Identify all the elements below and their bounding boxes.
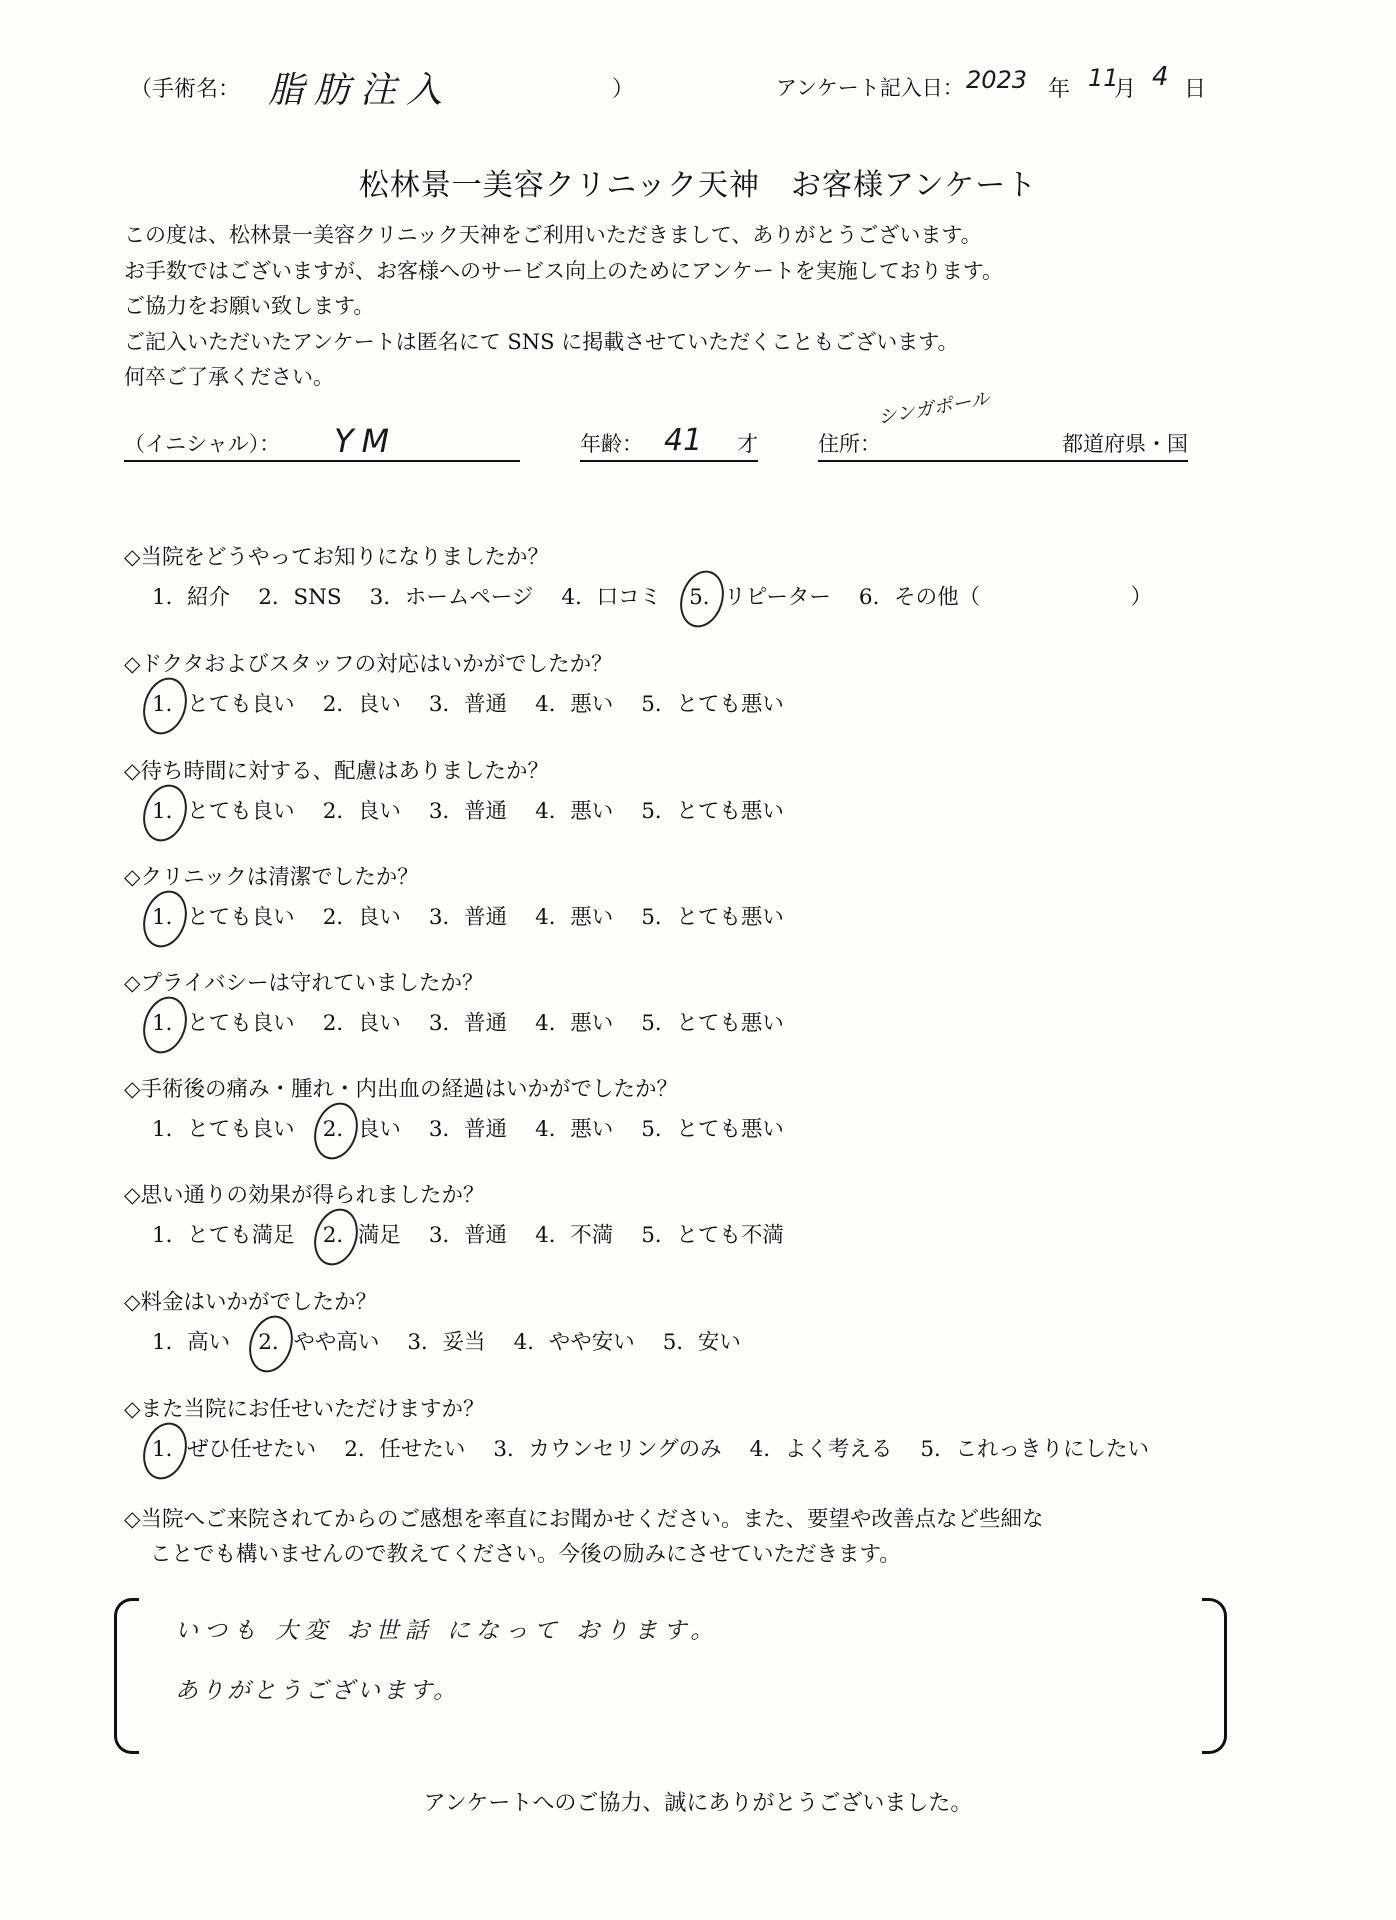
option-item[interactable]: 3．普通 — [429, 1218, 507, 1249]
option-group: 1．高い2．やや高い3．妥当4．やや安い5．安い — [152, 1325, 741, 1356]
option-item[interactable]: 4．口コミ — [561, 580, 661, 611]
option-item[interactable]: 3．普通 — [429, 900, 507, 931]
month-unit: 月 — [1114, 72, 1136, 103]
address-field[interactable]: 住所： シンガポール 都道府県・国 — [818, 430, 1188, 462]
question-text: ◇クリニックは清潔でしたか？ — [124, 860, 419, 891]
question-text: ◇プライバシーは守れていましたか？ — [124, 966, 483, 997]
comment-line1: いつも 大変 お世話 になって おります。 — [175, 1612, 719, 1645]
procedure-label: （手術名： — [130, 72, 240, 103]
option-item[interactable]: 4．悪い — [535, 900, 613, 931]
option-item[interactable]: 1．とても満足 — [152, 1218, 295, 1249]
age-unit: 才 — [737, 428, 758, 458]
option-item[interactable]: 5．安い — [663, 1325, 741, 1356]
question-text: ◇料金はいかがでしたか？ — [124, 1285, 377, 1316]
option-item[interactable]: 3．普通 — [429, 794, 507, 825]
option-item[interactable]: 2．満足 — [323, 1218, 401, 1249]
selected-circle-mark — [136, 1417, 194, 1485]
option-item[interactable]: 1．高い — [152, 1325, 230, 1356]
option-item[interactable]: 3．普通 — [429, 1112, 507, 1143]
option-item[interactable]: 1．紹介 — [152, 580, 230, 611]
option-item[interactable]: 2．良い — [323, 1006, 401, 1037]
option-group: 1．紹介2．SNS3．ホームページ4．口コミ5．リピーター6．その他（ ） — [152, 580, 1152, 611]
question-text: ◇当院をどうやってお知りになりましたか？ — [124, 540, 549, 571]
date-year[interactable]: 2023 — [966, 66, 1027, 94]
option-group: 1．とても良い2．良い3．普通4．悪い5．とても悪い — [152, 1112, 784, 1143]
option-item[interactable]: 5．とても不満 — [641, 1218, 784, 1249]
option-item[interactable]: 4．よく考える — [750, 1432, 893, 1463]
intro-line: ご協力をお願い致します。 — [124, 289, 1003, 325]
selected-circle-mark — [136, 991, 194, 1059]
option-item[interactable]: 1．とても良い — [152, 1006, 295, 1037]
feedback-prompt-line2: ことでも構いませんので教えてください。今後の励みにさせていただきます。 — [150, 1537, 901, 1568]
option-item[interactable]: 3．ホームページ — [370, 580, 534, 611]
selected-circle-mark — [307, 1203, 365, 1271]
year-unit: 年 — [1048, 72, 1070, 103]
option-item[interactable]: 5．これっきりにしたい — [920, 1432, 1149, 1463]
date-label: アンケート記入日： — [776, 72, 964, 102]
selected-circle-mark — [136, 779, 194, 847]
footer-thanks: アンケートへのご協力、誠にありがとうございました。 — [0, 1786, 1396, 1817]
page-title: 松林景一美容クリニック天神 お客様アンケート — [0, 160, 1396, 204]
option-item[interactable]: 1．とても良い — [152, 794, 295, 825]
selected-circle-mark — [673, 565, 731, 633]
option-item[interactable]: 4．やや安い — [514, 1325, 635, 1356]
option-group: 1．とても良い2．良い3．普通4．悪い5．とても悪い — [152, 900, 784, 931]
option-item[interactable]: 4．悪い — [535, 687, 613, 718]
option-item[interactable]: 4．悪い — [535, 794, 613, 825]
selected-circle-mark — [136, 672, 194, 740]
address-unit: 都道府県・国 — [1062, 428, 1188, 458]
initial-field[interactable]: （イニシャル）： YM — [124, 430, 520, 462]
option-item[interactable]: 3．普通 — [429, 1006, 507, 1037]
address-label: 住所： — [818, 428, 881, 458]
age-value: 41 — [664, 423, 702, 458]
age-field[interactable]: 年齢： 41 才 — [580, 430, 758, 462]
option-item[interactable]: 4．悪い — [535, 1006, 613, 1037]
option-group: 1．ぜひ任せたい2．任せたい3．カウンセリングのみ4．よく考える5．これっきりに… — [152, 1432, 1149, 1463]
option-item[interactable]: 4．不満 — [535, 1218, 613, 1249]
intro-text: この度は、松林景一美容クリニック天神をご利用いただきまして、ありがとうございます… — [124, 218, 1003, 396]
option-group: 1．とても良い2．良い3．普通4．悪い5．とても悪い — [152, 1006, 784, 1037]
selected-circle-mark — [242, 1310, 300, 1378]
option-item[interactable]: 2．やや高い — [258, 1325, 379, 1356]
question-text: ◇ドクタおよびスタッフの対応はいかがでしたか？ — [124, 647, 613, 678]
procedure-value[interactable]: 脂肪注入 — [268, 62, 452, 113]
initial-label: （イニシャル）： — [124, 428, 280, 458]
day-unit: 日 — [1184, 72, 1206, 103]
option-item[interactable]: 3．妥当 — [407, 1325, 485, 1356]
selected-circle-mark — [307, 1097, 365, 1165]
option-item[interactable]: 2．SNS — [258, 580, 341, 611]
option-item[interactable]: 1．ぜひ任せたい — [152, 1432, 316, 1463]
intro-line: お手数ではございますが、お客様へのサービス向上のためにアンケートを実施しておりま… — [124, 254, 1003, 290]
option-item[interactable]: 4．悪い — [535, 1112, 613, 1143]
option-group: 1．とても良い2．良い3．普通4．悪い5．とても悪い — [152, 794, 784, 825]
option-item[interactable]: 2．良い — [323, 794, 401, 825]
option-item[interactable]: 6．その他（ ） — [859, 580, 1152, 611]
option-item[interactable]: 5．とても悪い — [641, 1006, 784, 1037]
initial-value: YM — [334, 422, 397, 460]
option-item[interactable]: 5．とても悪い — [641, 900, 784, 931]
option-item[interactable]: 1．とても良い — [152, 900, 295, 931]
option-item[interactable]: 2．良い — [323, 687, 401, 718]
option-group: 1．とても良い2．良い3．普通4．悪い5．とても悪い — [152, 687, 784, 718]
comment-box-right-bracket — [1202, 1598, 1227, 1754]
age-label: 年齢： — [580, 428, 643, 458]
intro-line: 何卒ご了承ください。 — [124, 360, 1003, 396]
comment-line2: ありがとうございます。 — [175, 1672, 459, 1705]
question-text: ◇待ち時間に対する、配慮はありましたか？ — [124, 754, 549, 785]
option-item[interactable]: 2．良い — [323, 900, 401, 931]
question-text: ◇手術後の痛み・腫れ・内出血の経過はいかがでしたか？ — [124, 1072, 678, 1103]
question-text: ◇また当院にお任せいただけますか？ — [124, 1392, 485, 1423]
intro-line: この度は、松林景一美容クリニック天神をご利用いただきまして、ありがとうございます… — [124, 218, 1003, 254]
option-item[interactable]: 2．良い — [323, 1112, 401, 1143]
selected-circle-mark — [136, 885, 194, 953]
option-item[interactable]: 1．とても良い — [152, 1112, 295, 1143]
procedure-close: ） — [612, 72, 634, 103]
option-item[interactable]: 5．とても悪い — [641, 794, 784, 825]
date-day[interactable]: 4 — [1152, 62, 1169, 92]
option-item[interactable]: 2．任せたい — [344, 1432, 465, 1463]
intro-line: ご記入いただいたアンケートは匿名にて SNS に掲載させていただくこともございま… — [124, 325, 1003, 361]
option-item[interactable]: 5．とても悪い — [641, 687, 784, 718]
option-item[interactable]: 3．普通 — [429, 687, 507, 718]
option-item[interactable]: 5．とても悪い — [641, 1112, 784, 1143]
option-group: 1．とても満足2．満足3．普通4．不満5．とても不満 — [152, 1218, 784, 1249]
option-item[interactable]: 1．とても良い — [152, 687, 295, 718]
option-item[interactable]: 5．リピーター — [689, 580, 831, 611]
question-text: ◇思い通りの効果が得られましたか？ — [124, 1178, 485, 1209]
feedback-prompt-line1: ◇当院へご来院されてからのご感想を率直にお聞かせください。また、要望や改善点など… — [124, 1502, 1044, 1533]
option-item[interactable]: 3．カウンセリングのみ — [493, 1432, 721, 1463]
